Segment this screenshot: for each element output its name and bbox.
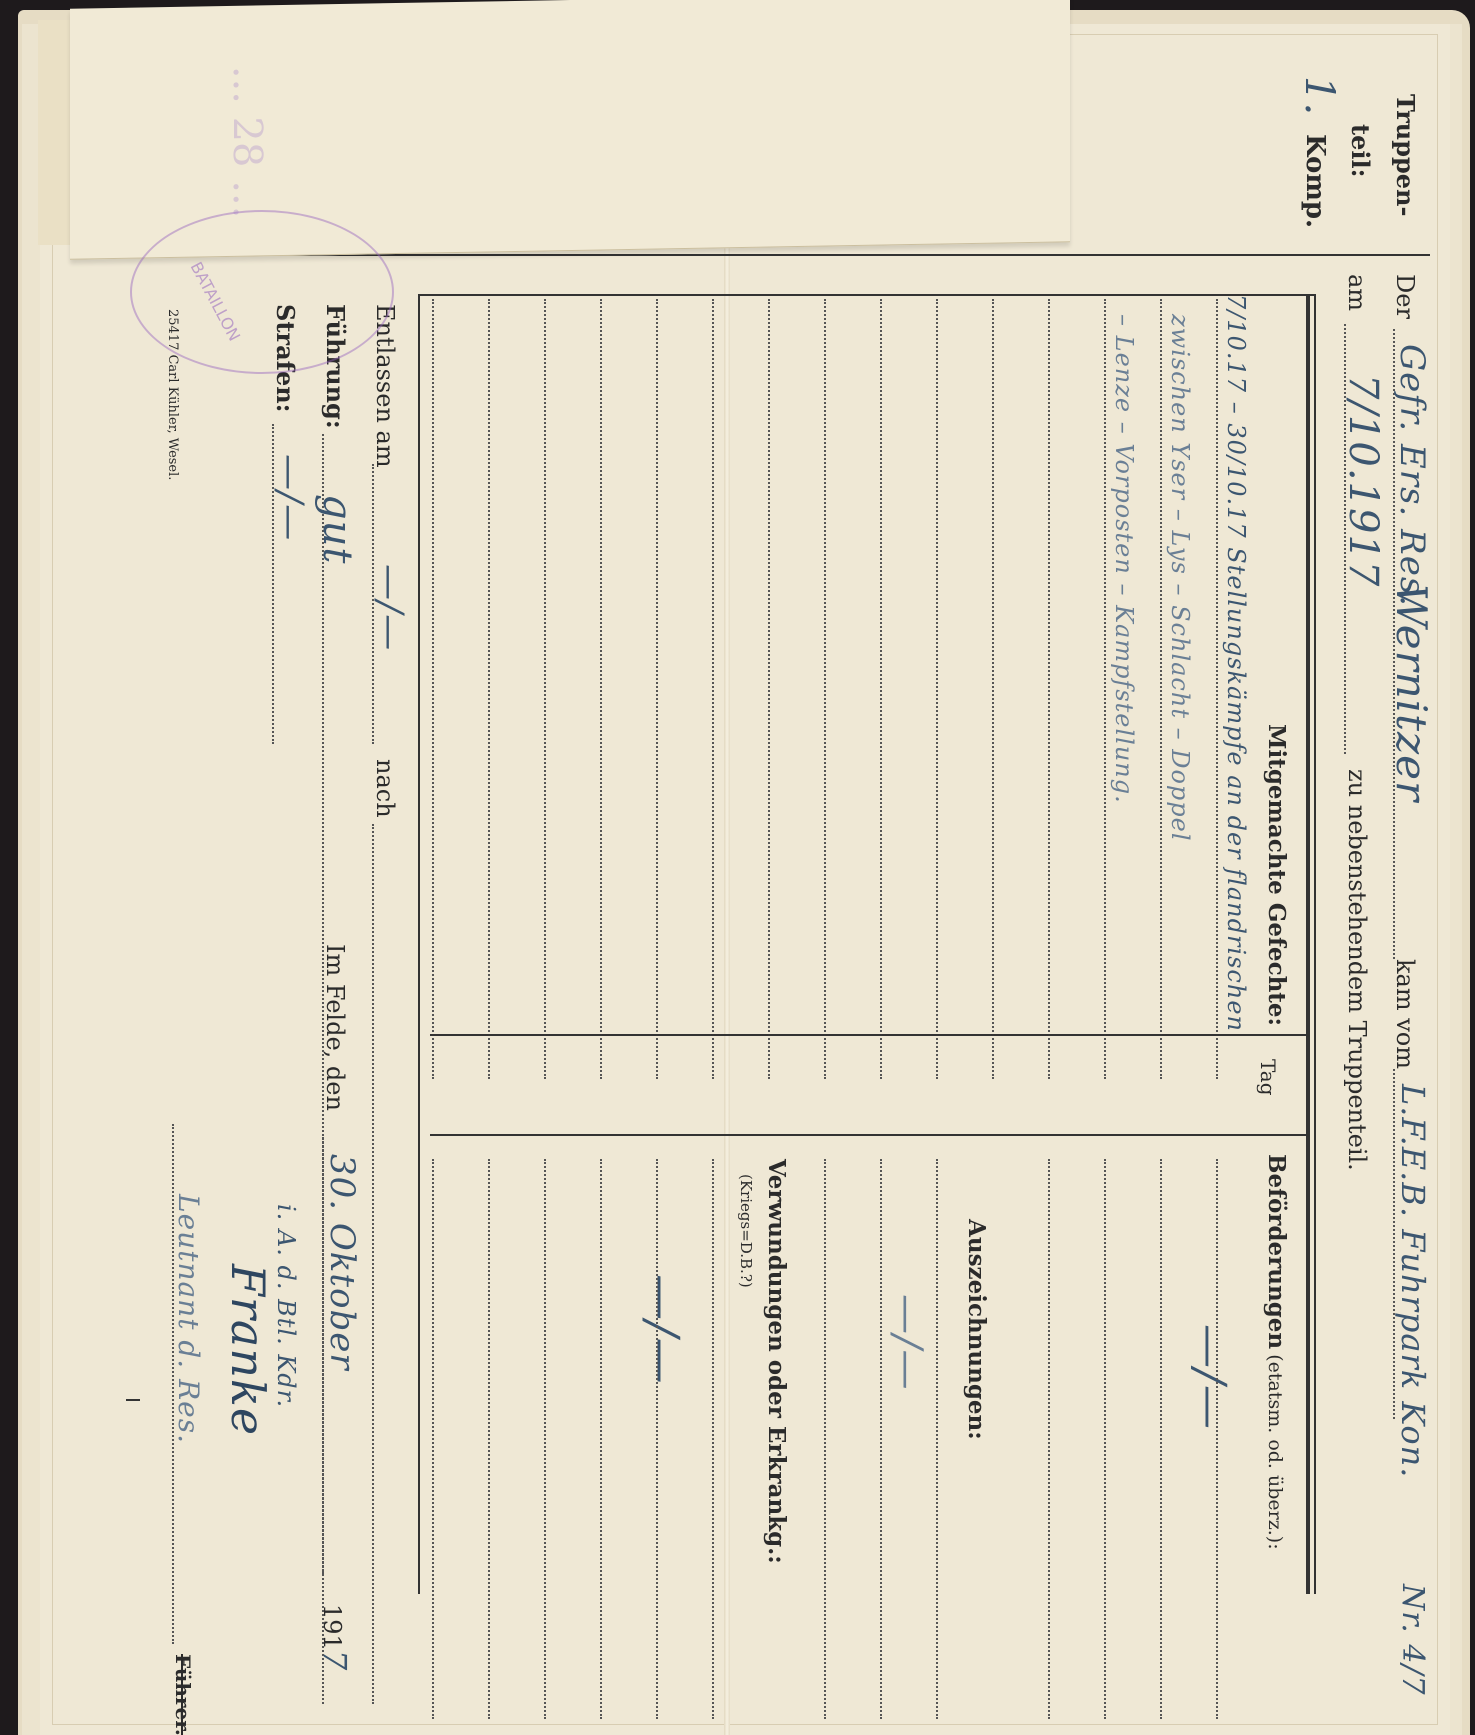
signature-line-1: i. A. d. Btl. Kdr.	[272, 1204, 300, 1408]
verwundungen-title: Verwundungen oder Erkrankg.:	[763, 1159, 790, 1564]
rank-value: Gefr. Ers. Res.	[1392, 344, 1432, 607]
stamp-text: BATAILLON	[187, 259, 244, 344]
verwundungen-value: —/—	[636, 1274, 690, 1385]
signature-role-struck: Führer.	[171, 1654, 195, 1735]
from-unit-value: L.F.E.B. Fuhrpark Kon.	[1394, 1084, 1432, 1478]
place-date-value: 30. Oktober	[322, 1154, 362, 1371]
auszeichnungen-title: Auszeichnungen:	[963, 1219, 990, 1440]
befoerderungen-title: Beförderungen	[1263, 1154, 1290, 1349]
tag-column-left-rule	[430, 1034, 1310, 1036]
gefechte-entry-1: 7/10.17 – 30/10.17 Stellungskämpfe an de…	[1222, 294, 1250, 1032]
tag-label: Tag	[1256, 1059, 1280, 1096]
auszeichnungen-value: —/—	[884, 1294, 930, 1390]
befoerderungen-heading: Beförderungen (etatsm. od. überz.):	[1263, 1154, 1290, 1550]
year: 1917	[317, 1604, 350, 1671]
from-unit-suffix: Nr. 4/7	[1395, 1584, 1430, 1696]
tag-column-right-rule	[430, 1134, 1310, 1136]
verwundungen-note: (Kriegs=D.B.?)	[737, 1174, 755, 1288]
am-label: am	[1342, 274, 1372, 311]
troop-unit: Komp.	[1300, 134, 1330, 228]
troop-label: Truppen-	[1390, 94, 1420, 216]
befoerderungen-note: (etatsm. od. überz.):	[1264, 1354, 1286, 1549]
slip-faded-stamp: ... 28 ...	[224, 65, 270, 218]
center-fold	[724, 24, 730, 1735]
der-label: Der	[1390, 274, 1420, 319]
signature-name: Franke	[221, 1264, 275, 1436]
zu-label: zu nebenstehendem Truppenteil.	[1342, 769, 1372, 1171]
troop-value: 1.	[1296, 76, 1342, 116]
came-from-label: kam vom	[1390, 959, 1420, 1069]
place-label: Im Felde, den	[320, 944, 350, 1111]
signature-title: Leutnant d. Res.	[172, 1194, 205, 1444]
gefechte-title: Mitgemachte Gefechte:	[1263, 724, 1290, 1026]
bataillon-stamp: BATAILLON	[130, 210, 394, 374]
gefechte-entry-2: zwischen Yser – Lys – Schlacht – Doppel	[1166, 314, 1194, 842]
befoerderungen-value: —/—	[1184, 1324, 1235, 1430]
date-value: 7/10.1917	[1340, 374, 1386, 587]
strafen-value: —/—	[269, 454, 310, 541]
troop-label-2: teil:	[1345, 124, 1375, 177]
entlassen-value: —/—	[369, 564, 410, 651]
fuehrung-value: gut	[314, 494, 360, 564]
name-value: Wernitzer	[1387, 584, 1436, 802]
gefechte-entry-3: – Lenze – Vorposten – Kampfstellung.	[1110, 314, 1138, 804]
nach-label: nach	[370, 759, 400, 818]
